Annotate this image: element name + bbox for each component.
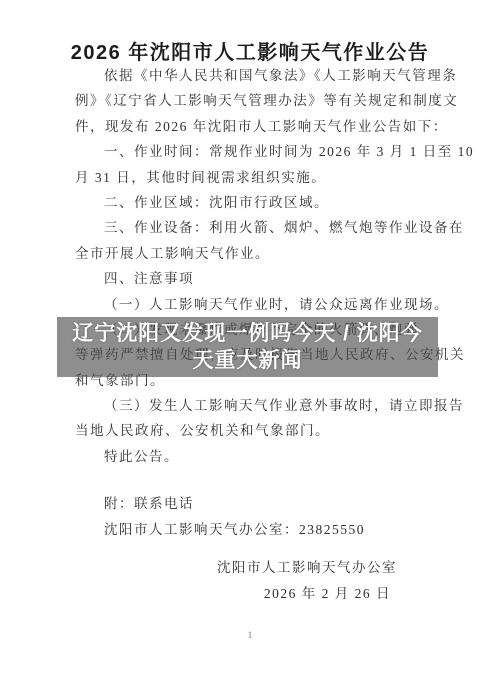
- document-line: （一）人工影响天气作业时，请公众远离作业现场。: [75, 292, 427, 317]
- watermark-text-line2: 天重大新闻: [193, 347, 303, 374]
- signature-gap: [75, 542, 427, 555]
- document-line: 全市开展人工影响天气作业。: [75, 241, 427, 266]
- signature-org: 沈阳市人工影响天气办公室: [75, 555, 427, 581]
- page-number: 1: [0, 630, 500, 640]
- signature-date: 2026 年 2 月 26 日: [75, 581, 427, 607]
- document-line: 一、作业时间：常规作业时间为 2026 年 3 月 1 日至 10: [75, 139, 427, 164]
- document-line: 依据《中华人民共和国气象法》《人工影响天气管理条: [75, 63, 427, 88]
- attachment-lines: 附：联系电话沈阳市人工影响天气办公室：23825550: [75, 491, 427, 542]
- signature-block: 沈阳市人工影响天气办公室 2026 年 2 月 26 日: [75, 555, 427, 607]
- watermark-text-line1: 辽宁沈阳又发现一例吗今天 / 沈阳今: [72, 320, 423, 347]
- document-page: 2026 年沈阳市人工影响天气作业公告 依据《中华人民共和国气象法》《人工影响天…: [0, 0, 500, 693]
- document-line: 例》《辽宁省人工影响天气管理办法》等有关规定和制度文: [75, 88, 427, 113]
- document-line: 二、作业区域：沈阳市行政区域。: [75, 190, 427, 215]
- section-gap: [75, 469, 427, 491]
- document-line: 件，现发布 2026 年沈阳市人工影响天气作业公告如下：: [75, 114, 427, 139]
- document-line: 附：联系电话: [75, 491, 427, 516]
- document-line: 特此公告。: [75, 444, 427, 469]
- document-line: （三）发生人工影响天气作业意外事故时，请立即报告: [75, 393, 427, 418]
- document-title: 2026 年沈阳市人工影响天气作业公告: [0, 36, 500, 65]
- document-line: 四、注意事项: [75, 266, 427, 291]
- document-line: 月 31 日，其他时间视需求组织实施。: [75, 165, 427, 190]
- document-line: 沈阳市人工影响天气办公室：23825550: [75, 517, 427, 542]
- body-lines: 依据《中华人民共和国气象法》《人工影响天气管理条例》《辽宁省人工影响天气管理办法…: [75, 63, 427, 469]
- document-line: 当地人民政府、公安机关和气象部门。: [75, 418, 427, 443]
- watermark-overlay: 辽宁沈阳又发现一例吗今天 / 沈阳今 天重大新闻: [57, 317, 438, 377]
- document-line: 三、作业设备：利用火箭、烟炉、燃气炮等作业设备在: [75, 215, 427, 240]
